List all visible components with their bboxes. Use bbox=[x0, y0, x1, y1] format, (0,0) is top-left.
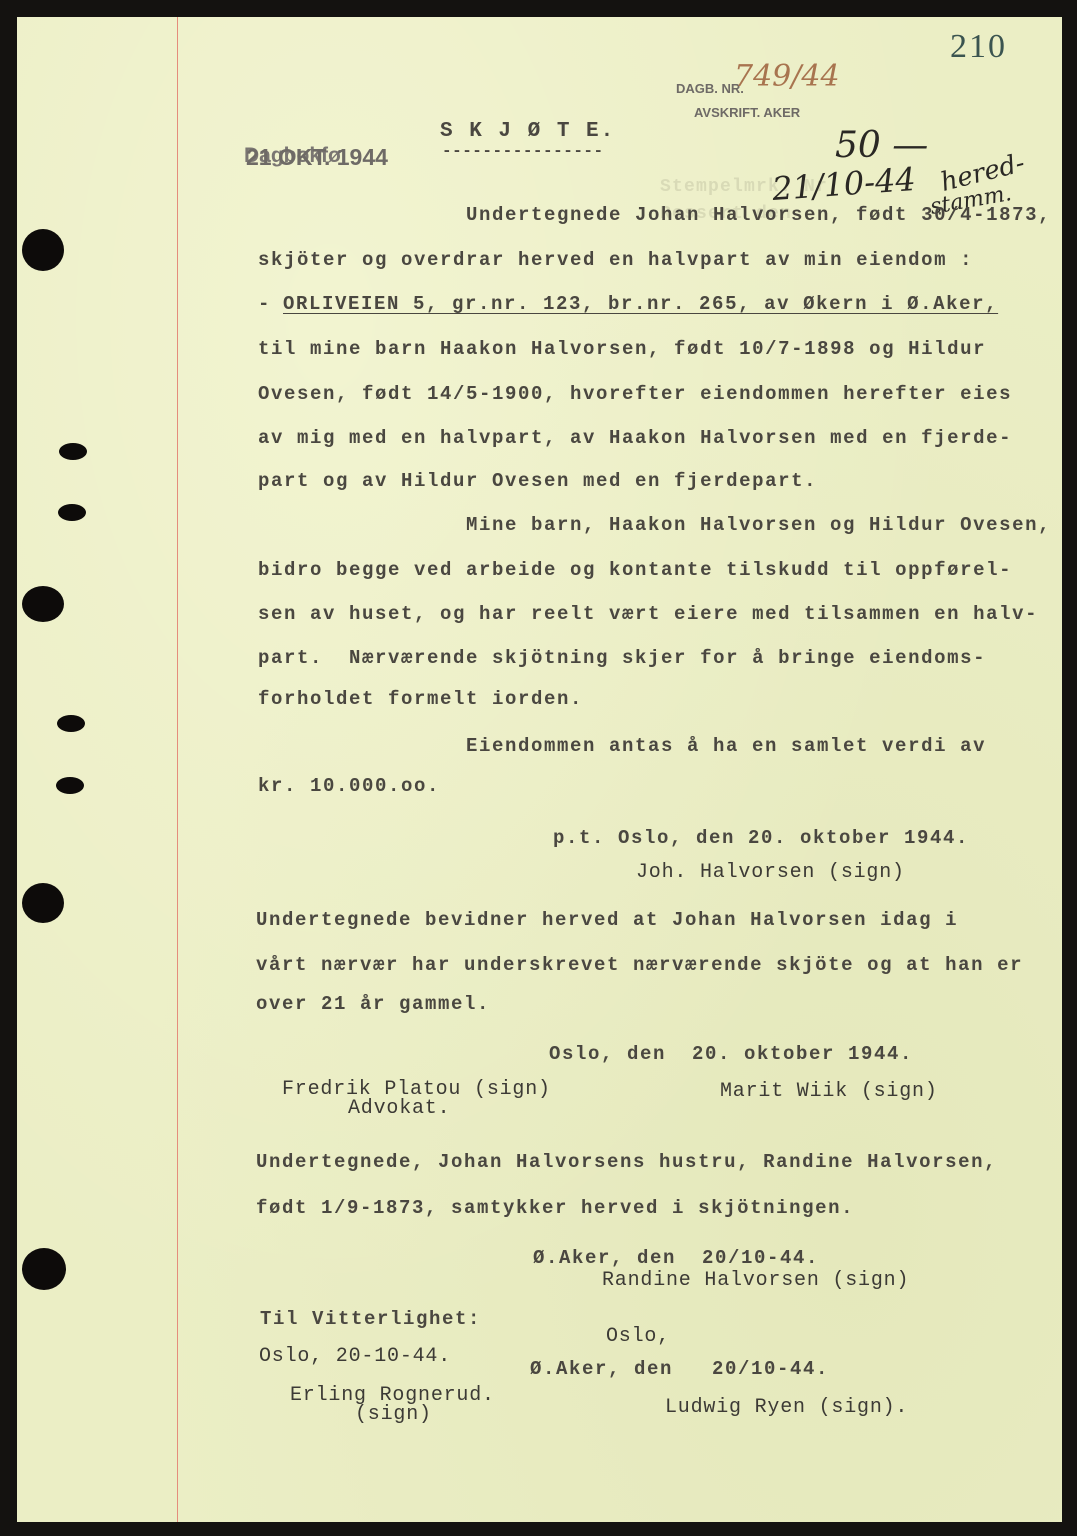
witness-signature: Ludwig Ryen (sign). bbox=[665, 1398, 908, 1418]
paragraph-line: forholdet formelt iorden. bbox=[258, 690, 583, 709]
page-number: 210 bbox=[950, 30, 1007, 64]
paragraph-line: Ovesen, født 14/5-1900, hvorefter eiendo… bbox=[258, 385, 1012, 404]
witness-title: Advokat. bbox=[348, 1099, 450, 1119]
punch-hole-icon bbox=[56, 777, 84, 794]
punch-hole-icon bbox=[22, 586, 64, 622]
property-address: ORLIVEIEN 5, gr.nr. 123, br.nr. 265, av … bbox=[283, 295, 998, 314]
punch-hole-icon bbox=[22, 883, 64, 923]
paragraph-line: skjöter og overdrar herved en halvpart a… bbox=[258, 251, 973, 270]
paragraph-line: Undertegnede, Johan Halvorsens hustru, R… bbox=[256, 1153, 997, 1172]
paragraph-line: Mine barn, Haakon Halvorsen og Hildur Ov… bbox=[466, 516, 1051, 535]
avskrift-stamp: AVSKRIFT. AKER bbox=[694, 106, 800, 119]
dagbokfort-date-stamp: 21 OKT. 1944 bbox=[246, 146, 388, 169]
place: Oslo, bbox=[606, 1327, 670, 1347]
paragraph-line: til mine barn Haakon Halvorsen, født 10/… bbox=[258, 340, 986, 359]
punch-hole-icon bbox=[22, 1248, 66, 1290]
witness-sign-mark: (sign) bbox=[355, 1405, 432, 1425]
signature: Randine Halvorsen (sign) bbox=[602, 1271, 909, 1291]
paragraph-line: Undertegnede bevidner herved at Johan Ha… bbox=[256, 911, 958, 930]
place-date: p.t. Oslo, den 20. oktober 1944. bbox=[553, 829, 969, 848]
punch-hole-icon bbox=[58, 504, 86, 521]
signature: Joh. Halvorsen (sign) bbox=[636, 863, 905, 883]
place-date: Ø.Aker, den 20/10-44. bbox=[530, 1360, 829, 1379]
place-date: Ø.Aker, den 20/10-44. bbox=[533, 1249, 819, 1268]
place-date: Oslo, 20-10-44. bbox=[259, 1347, 451, 1367]
paragraph-line: født 1/9-1873, samtykker herved i skjötn… bbox=[256, 1199, 854, 1218]
fee-annotation: 50 — bbox=[835, 128, 928, 164]
dagb-nr-value: 749/44 bbox=[734, 62, 840, 92]
paragraph-line: sen av huset, og har reelt vært eiere me… bbox=[258, 605, 1038, 624]
place-date: Oslo, den 20. oktober 1944. bbox=[549, 1045, 913, 1064]
margin-line bbox=[177, 17, 178, 1522]
paragraph-line: part og av Hildur Ovesen med en fjerdepa… bbox=[258, 472, 817, 491]
paragraph-line: vårt nærvær har underskrevet nærværende … bbox=[256, 956, 1023, 975]
til-vitterlighet-heading: Til Vitterlighet: bbox=[260, 1310, 481, 1329]
document-page bbox=[17, 17, 1062, 1522]
witness-signature: Marit Wiik (sign) bbox=[720, 1082, 938, 1102]
document-title: S K J Ø T E. bbox=[440, 121, 615, 142]
paragraph-line: over 21 år gammel. bbox=[256, 995, 490, 1014]
paragraph-line: av mig med en halvpart, av Haakon Halvor… bbox=[258, 429, 1012, 448]
handwritten-date: 21/10-44 bbox=[771, 163, 917, 205]
property-value: kr. 10.000.oo. bbox=[258, 777, 440, 796]
title-rule: ---------------- bbox=[442, 143, 604, 159]
paragraph-prefix: - bbox=[258, 295, 284, 314]
punch-hole-icon bbox=[59, 443, 87, 460]
paragraph-line: bidro begge ved arbeide og kontante tils… bbox=[258, 561, 1012, 580]
paragraph-line: part. Nærværende skjötning skjer for å b… bbox=[258, 649, 986, 668]
punch-hole-icon bbox=[22, 229, 64, 271]
paragraph-line: Undertegnede Johan Halvorsen, født 30/4-… bbox=[466, 206, 1051, 225]
paragraph-line: Eiendommen antas å ha en samlet verdi av bbox=[466, 737, 986, 756]
punch-hole-icon bbox=[57, 715, 85, 732]
